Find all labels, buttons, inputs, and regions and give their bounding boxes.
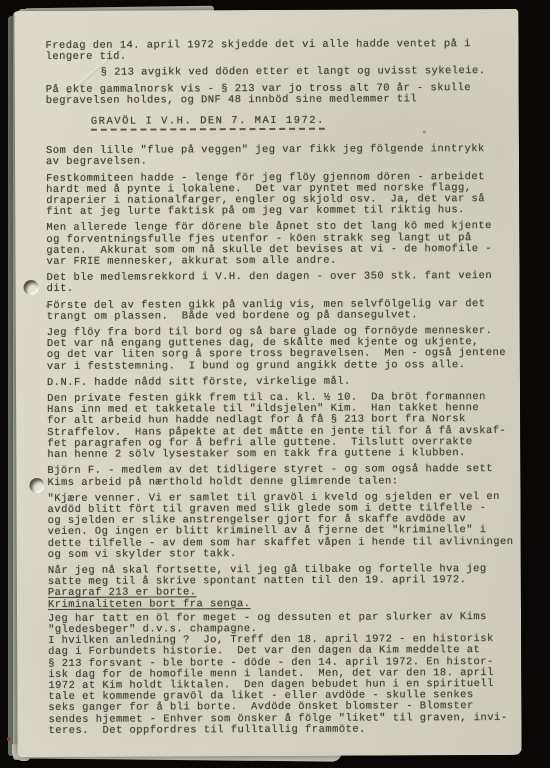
paragraph: D.N.F. hadde nådd sitt förste, virkelige… (47, 376, 517, 389)
punch-hole-top (24, 280, 39, 295)
paragraph: Det ble medlemsrekkord i V.H. den dagen … (47, 271, 517, 295)
underlined-line: Kriminaliteten bort fra senga. (48, 597, 518, 610)
paragraph: Når jeg nå skal fortsette, vil jeg gå ti… (48, 564, 518, 588)
paragraph: Förste del av festen gikk på vanlig vis,… (47, 299, 517, 323)
paragraph: "Kjære venner. Vi er samlet til gravöl i… (47, 492, 517, 561)
punch-hole-bottom (29, 478, 44, 493)
paragraph: I hvilken anledning ? Jo, Treff den 18. … (48, 634, 518, 737)
paragraph: Jeg flöy fra bord til bord og så bare gl… (47, 326, 517, 373)
typewritten-text: Fredag den 14. april 1972 skjedde det vi… (46, 39, 519, 737)
paragraph: Björn F. - medlem av det tidligere styre… (47, 464, 517, 488)
heading-text: GRAVÖL I V.H. DEN 7. MAI 1972. (91, 116, 325, 131)
paragraph: § 213 avgikk ved döden etter et langt og… (46, 66, 516, 79)
document-heading: GRAVÖL I V.H. DEN 7. MAI 1972. (91, 115, 516, 131)
paper-speck (7, 737, 11, 741)
paragraph: Festkommiteen hadde - lenge för jeg flöy… (46, 172, 516, 219)
paragraph: Den private festen gikk frem til ca. kl.… (47, 392, 517, 461)
paragraph: Men allerede lenge för dörene ble åpnet … (46, 221, 516, 268)
paragraph: På ekte gammalnorsk vis - § 213 var jo t… (46, 83, 516, 107)
scan-background: Fredag den 14. april 1972 skjedde det vi… (0, 0, 550, 768)
paragraph: Som den lille "flue på veggen" jeg var f… (46, 144, 516, 168)
paragraph: Fredag den 14. april 1972 skjedde det vi… (46, 39, 516, 63)
document-page: Fredag den 14. april 1972 skjedde det vi… (14, 9, 521, 757)
underlined-text: Kriminaliteten bort fra senga. (48, 598, 251, 611)
